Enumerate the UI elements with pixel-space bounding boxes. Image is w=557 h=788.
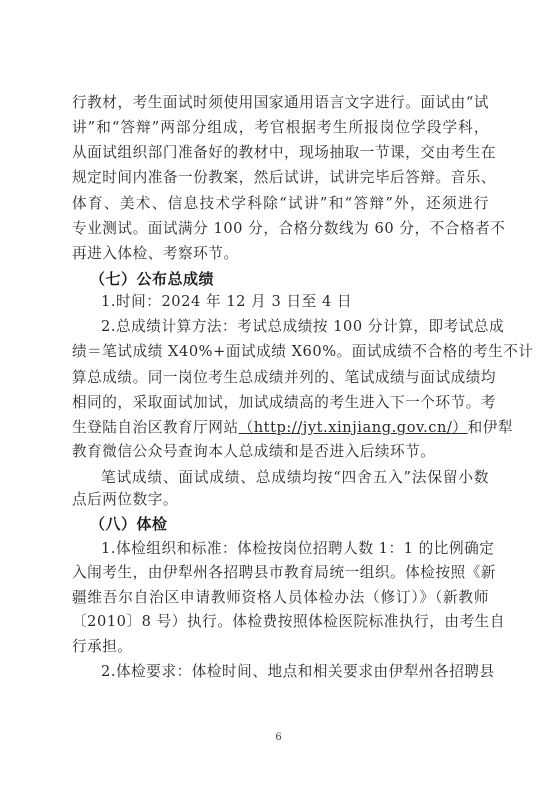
body-text-line: 算总成绩。同一岗位考生总成绩并列的、笔试成绩与面试成绩均 [72,368,489,388]
body-text-line: 2.总成绩计算方法：考试总成绩按 100 分计算，即考试总成 [101,317,489,337]
education-dept-website-link[interactable]: （http://jyt.xinjiang.gov.cn/） [239,419,468,436]
body-text-line: 绩＝笔试成绩 X40%+面试成绩 X60%。面试成绩不合格的考生不计 [72,342,489,362]
body-text-line: 行承担。 [72,637,489,657]
document-page: 行教材，考生面试时须使用国家通用语言文字进行。面试由“试 讲”和“答辩”两部分组… [0,0,557,788]
body-text-line: 笔试成绩、面试成绩、总成绩均按“四舍五入”法保留小数 [101,468,489,488]
body-text-line: 教育微信公众号查询本人总成绩和是否进入后续环节。 [72,442,489,462]
body-text-line: 从面试组织部门准备好的教材中，现场抽取一节课，交由考生在 [72,143,489,163]
body-text-line: 再进入体检、考察环节。 [72,244,489,264]
body-text-line: 讲”和“答辩”两部分组成，考官根据考生所报岗位学段学科， [72,118,489,138]
body-text-line: 相同的，采取面试加试，加试成绩高的考生进入下一个环节。考 [72,393,489,413]
body-text-line: 2.体检要求：体检时间、地点和相关要求由伊犁州各招聘县 [101,662,489,682]
body-text-line: 1.体检组织和标准：体检按岗位招聘人数 1：1 的比例确定 [101,539,489,559]
section-heading-publish-scores: （七）公布总成绩 [90,269,214,289]
section-heading-medical-exam: （八）体检 [90,514,168,534]
page-number: 6 [0,732,557,743]
link-prefix-text: 生登陆自治区教育厅网站 [72,419,239,436]
body-text-line: 行教材，考生面试时须使用国家通用语言文字进行。面试由“试 [72,93,489,113]
body-text-line: 体育、美术、信息技术学科除“试讲”和“答辩”外，还须进行 [72,194,489,214]
body-text-line: 入闱考生，由伊犁州各招聘县市教育局统一组织。体检按照《新 [72,563,489,583]
score-time-item: 1.时间：2024 年 12 月 3 日至 4 日 [101,292,489,312]
body-text-line-with-link: 生登陆自治区教育厅网站（http://jyt.xinjiang.gov.cn/）… [72,418,489,438]
body-text-line: 〔2010〕8 号）执行。体检费按照体检医院标准执行，由考生自 [72,612,489,632]
link-suffix-text: 和伊犁 [468,419,513,436]
body-text-line: 点后两位数字。 [72,490,489,510]
body-text-line: 规定时间内准备一份教案，然后试讲，试讲完毕后答辩。音乐、 [72,168,489,188]
body-text-line: 疆维吾尔自治区申请教师资格人员体检办法（修订）》（新教师 [72,588,489,608]
body-text-line: 专业测试。面试满分 100 分，合格分数线为 60 分，不合格者不 [72,219,489,239]
